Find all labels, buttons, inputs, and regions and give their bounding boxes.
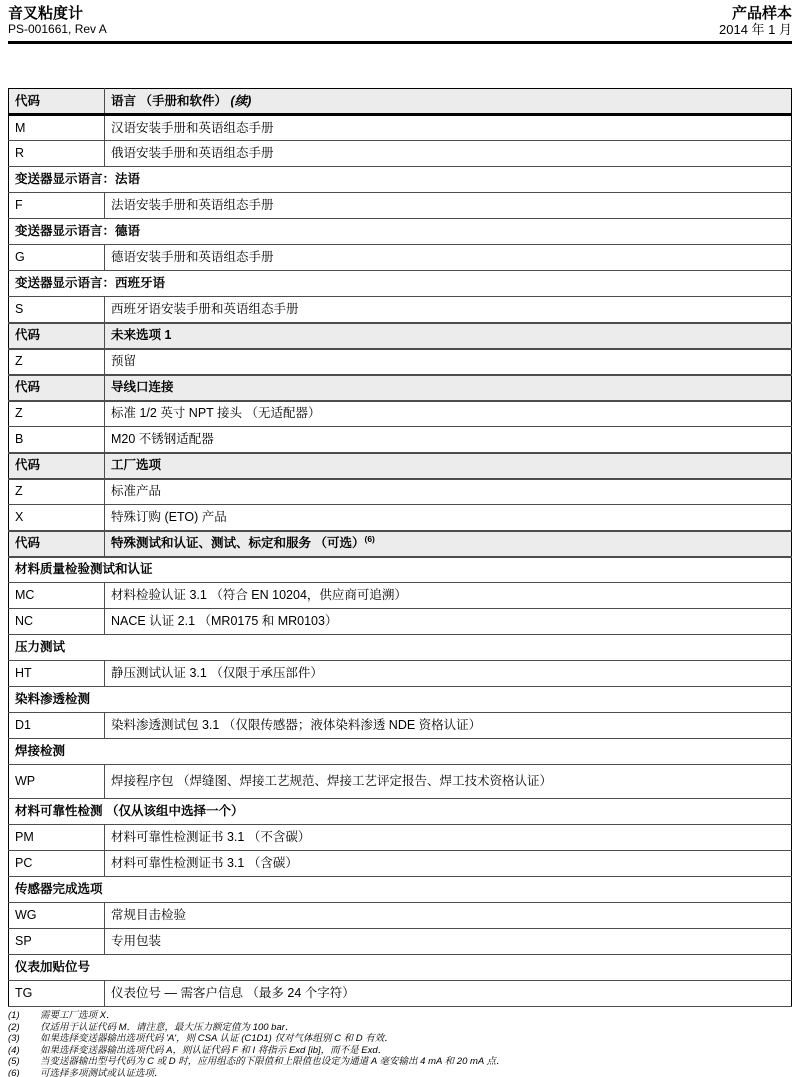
- description-cell: 标准产品: [105, 479, 792, 505]
- table-row: NCNACE 认证 2.1 （MR0175 和 MR0103）: [9, 609, 792, 635]
- section-title-cell: 材料可靠性检测 （仅从该组中选择一个）: [9, 799, 792, 825]
- footnote-number: (1): [8, 1011, 40, 1022]
- section-title-cell: 仪表加贴位号: [9, 955, 792, 981]
- description-cell: 未来选项 1: [105, 323, 792, 349]
- code-cell: SP: [9, 929, 105, 955]
- footnote: (6)可选择多项测试或认证选项．: [8, 1069, 792, 1077]
- description-cell: M20 不锈钢适配器: [105, 427, 792, 453]
- code-cell: B: [9, 427, 105, 453]
- footnote: (3)如果选择变送器输出选项代码 'A'，则 CSA 认证 (C1D1) 仅对气…: [8, 1034, 792, 1045]
- table-row: HT静压测试认证 3.1 （仅限于承压部件）: [9, 661, 792, 687]
- description-cell: 德语安装手册和英语组态手册: [105, 245, 792, 271]
- code-cell: PM: [9, 825, 105, 851]
- footnote: (2)仅适用于认证代码 M．请注意，最大压力额定值为 100 bar．: [8, 1023, 792, 1034]
- table-row: Z标准 1/2 英寸 NPT 接头 （无适配器）: [9, 401, 792, 427]
- description-cell: 工厂选项: [105, 453, 792, 479]
- code-cell: F: [9, 193, 105, 219]
- header-left: 音叉粘度计 PS-001661, Rev A: [8, 5, 107, 36]
- section-title-cell: 焊接检测: [9, 739, 792, 765]
- code-cell: TG: [9, 981, 105, 1007]
- table-row: X特殊订购 (ETO) 产品: [9, 505, 792, 531]
- description-cell: 常规目击检验: [105, 903, 792, 929]
- table-row: M汉语安装手册和英语组态手册: [9, 115, 792, 141]
- description-cell: 法语安装手册和英语组态手册: [105, 193, 792, 219]
- table-row: G德语安装手册和英语组态手册: [9, 245, 792, 271]
- code-cell: Z: [9, 349, 105, 375]
- code-cell: Z: [9, 479, 105, 505]
- footnote: (1)需要工厂选项 X．: [8, 1011, 792, 1022]
- footnote-text: 仅适用于认证代码 M．请注意，最大压力额定值为 100 bar．: [40, 1023, 792, 1034]
- description-cell: 染料渗透测试包 3.1 （仅限传感器；液体染料渗透 NDE 资格认证）: [105, 713, 792, 739]
- datasheet-page: 音叉粘度计 PS-001661, Rev A 产品样本 2014 年 1 月 代…: [0, 0, 800, 1077]
- section-title-cell: 染料渗透检测: [9, 687, 792, 713]
- group-header-row: 代码工厂选项: [9, 453, 792, 479]
- description-cell: 静压测试认证 3.1 （仅限于承压部件）: [105, 661, 792, 687]
- code-cell: X: [9, 505, 105, 531]
- description-cell: 标准 1/2 英寸 NPT 接头 （无适配器）: [105, 401, 792, 427]
- section-row: 传感器完成选项: [9, 877, 792, 903]
- code-cell: Z: [9, 401, 105, 427]
- code-cell: 代码: [9, 375, 105, 401]
- table-row: Z标准产品: [9, 479, 792, 505]
- section-row: 材料质量检验测试和认证: [9, 557, 792, 583]
- section-row: 染料渗透检测: [9, 687, 792, 713]
- description-cell: 专用包装: [105, 929, 792, 955]
- code-cell: 代码: [9, 531, 105, 557]
- description-cell: 材料可靠性检测证书 3.1 （不含碳）: [105, 825, 792, 851]
- description-cell: 特殊测试和认证、测试、标定和服务 （可选）(6): [105, 531, 792, 557]
- options-table: 代码语言 （手册和软件） (续)M汉语安装手册和英语组态手册R俄语安装手册和英语…: [8, 88, 792, 1007]
- group-header-row: 代码特殊测试和认证、测试、标定和服务 （可选）(6): [9, 531, 792, 557]
- group-header-row: 代码导线口连接: [9, 375, 792, 401]
- table-row: WP焊接程序包 （焊缝图、焊接工艺规范、焊接工艺评定报告、焊工技术资格认证）: [9, 765, 792, 799]
- group-header-row: 代码语言 （手册和软件） (续): [9, 89, 792, 115]
- description-cell: 焊接程序包 （焊缝图、焊接工艺规范、焊接工艺评定报告、焊工技术资格认证）: [105, 765, 792, 799]
- code-cell: NC: [9, 609, 105, 635]
- footnote-text: 当变送器输出型号代码为 C 或 D 时，应用组态的下限值和上限值也设定为通道 A…: [40, 1057, 792, 1068]
- footnote: (4)如果选择变送器输出选项代码 A，则认证代码 F 和 I 将指示 Exd […: [8, 1046, 792, 1057]
- table-row: SP专用包装: [9, 929, 792, 955]
- description-cell: 材料检验认证 3.1 （符合 EN 10204，供应商可追溯）: [105, 583, 792, 609]
- description-cell: 仪表位号 — 需客户信息 （最多 24 个字符）: [105, 981, 792, 1007]
- section-title-cell: 变送器显示语言：德语: [9, 219, 792, 245]
- table-row: D1染料渗透测试包 3.1 （仅限传感器；液体染料渗透 NDE 资格认证）: [9, 713, 792, 739]
- description-cell: 俄语安装手册和英语组态手册: [105, 141, 792, 167]
- code-cell: 代码: [9, 89, 105, 115]
- section-row: 材料可靠性检测 （仅从该组中选择一个）: [9, 799, 792, 825]
- options-table-body: 代码语言 （手册和软件） (续)M汉语安装手册和英语组态手册R俄语安装手册和英语…: [9, 89, 792, 1007]
- document-number: PS-001661, Rev A: [8, 22, 107, 36]
- footnotes: (1)需要工厂选项 X．(2)仅适用于认证代码 M．请注意，最大压力额定值为 1…: [8, 1011, 792, 1077]
- table-row: MC材料检验认证 3.1 （符合 EN 10204，供应商可追溯）: [9, 583, 792, 609]
- description-cell: 语言 （手册和软件） (续): [105, 89, 792, 115]
- description-cell: 特殊订购 (ETO) 产品: [105, 505, 792, 531]
- footnote-text: 可选择多项测试或认证选项．: [40, 1069, 792, 1077]
- footnote-reference: (6): [364, 534, 374, 544]
- code-cell: 代码: [9, 323, 105, 349]
- footnote-number: (2): [8, 1023, 40, 1034]
- description-cell: 西班牙语安装手册和英语组态手册: [105, 297, 792, 323]
- description-cell: 导线口连接: [105, 375, 792, 401]
- section-row: 压力测试: [9, 635, 792, 661]
- code-cell: WG: [9, 903, 105, 929]
- footnote-text: 如果选择变送器输出选项代码 A，则认证代码 F 和 I 将指示 Exd [ib]…: [40, 1046, 792, 1057]
- section-title-cell: 变送器显示语言：西班牙语: [9, 271, 792, 297]
- footnote-number: (6): [8, 1069, 40, 1077]
- table-row: S西班牙语安装手册和英语组态手册: [9, 297, 792, 323]
- section-row: 变送器显示语言：西班牙语: [9, 271, 792, 297]
- section-title-cell: 变送器显示语言：法语: [9, 167, 792, 193]
- code-cell: G: [9, 245, 105, 271]
- code-cell: HT: [9, 661, 105, 687]
- code-cell: MC: [9, 583, 105, 609]
- page-title: 音叉粘度计: [8, 5, 107, 22]
- description-cell: NACE 认证 2.1 （MR0175 和 MR0103）: [105, 609, 792, 635]
- table-row: Z预留: [9, 349, 792, 375]
- code-cell: S: [9, 297, 105, 323]
- section-title-cell: 传感器完成选项: [9, 877, 792, 903]
- code-cell: D1: [9, 713, 105, 739]
- description-cell: 预留: [105, 349, 792, 375]
- footnote-number: (3): [8, 1034, 40, 1045]
- section-row: 变送器显示语言：德语: [9, 219, 792, 245]
- section-row: 变送器显示语言：法语: [9, 167, 792, 193]
- table-row: WG常规目击检验: [9, 903, 792, 929]
- header-right: 产品样本 2014 年 1 月: [719, 5, 792, 37]
- description-cell: 汉语安装手册和英语组态手册: [105, 115, 792, 141]
- table-row: PM材料可靠性检测证书 3.1 （不含碳）: [9, 825, 792, 851]
- code-cell: WP: [9, 765, 105, 799]
- section-row: 焊接检测: [9, 739, 792, 765]
- table-row: F法语安装手册和英语组态手册: [9, 193, 792, 219]
- description-cell: 材料可靠性检测证书 3.1 （含碳）: [105, 851, 792, 877]
- continued-marker: (续): [230, 94, 251, 108]
- document-type: 产品样本: [719, 5, 792, 22]
- footnote-number: (4): [8, 1046, 40, 1057]
- footnote-text: 需要工厂选项 X．: [40, 1011, 792, 1022]
- table-row: R俄语安装手册和英语组态手册: [9, 141, 792, 167]
- document-header: 音叉粘度计 PS-001661, Rev A 产品样本 2014 年 1 月: [8, 5, 792, 44]
- table-row: PC材料可靠性检测证书 3.1 （含碳）: [9, 851, 792, 877]
- table-row: BM20 不锈钢适配器: [9, 427, 792, 453]
- code-cell: 代码: [9, 453, 105, 479]
- group-header-row: 代码未来选项 1: [9, 323, 792, 349]
- table-row: TG仪表位号 — 需客户信息 （最多 24 个字符）: [9, 981, 792, 1007]
- footnote-number: (5): [8, 1057, 40, 1068]
- footnote-text: 如果选择变送器输出选项代码 'A'，则 CSA 认证 (C1D1) 仅对气体组别…: [40, 1034, 792, 1045]
- section-title-cell: 材料质量检验测试和认证: [9, 557, 792, 583]
- section-row: 仪表加贴位号: [9, 955, 792, 981]
- document-date: 2014 年 1 月: [719, 22, 792, 37]
- footnote: (5)当变送器输出型号代码为 C 或 D 时，应用组态的下限值和上限值也设定为通…: [8, 1057, 792, 1068]
- code-cell: R: [9, 141, 105, 167]
- code-cell: M: [9, 115, 105, 141]
- section-title-cell: 压力测试: [9, 635, 792, 661]
- code-cell: PC: [9, 851, 105, 877]
